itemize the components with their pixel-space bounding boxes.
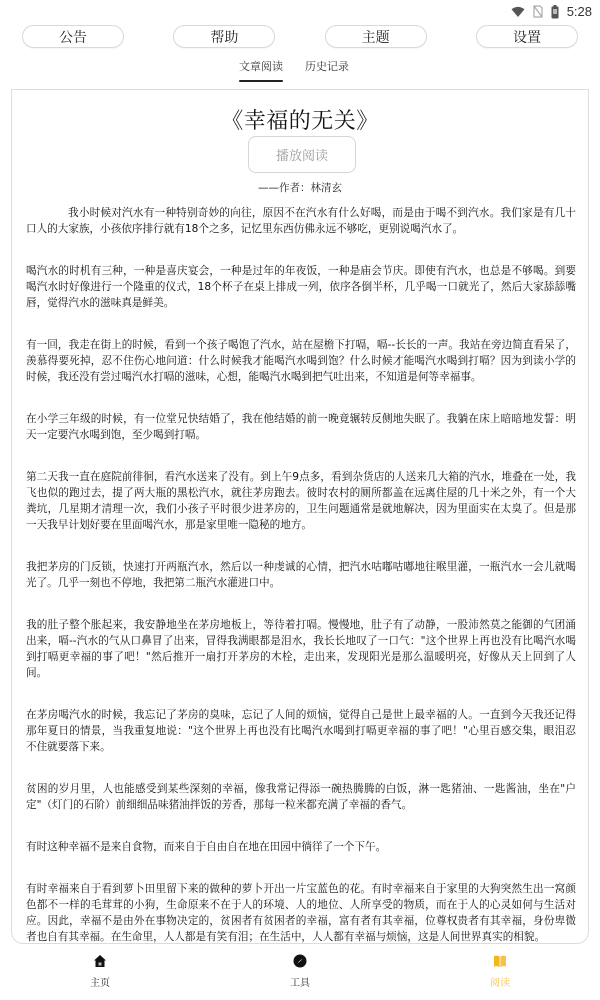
article-title: 《幸福的无关》: [12, 104, 588, 135]
announcement-button[interactable]: 公告: [22, 25, 124, 48]
article-paragraph: 我的肚子整个胀起来，我安静地坐在茅房地板上，等待着打嗝。慢慢地，肚子有了动静，一…: [26, 617, 576, 681]
nav-label-reading: 阅读: [490, 974, 510, 989]
status-bar: 5:28: [0, 0, 600, 24]
article-paragraph: 在小学三年级的时候，有一位堂兄快结婚了，我在他结婚的前一晚竟辗转反侧地失眠了。我…: [26, 411, 576, 443]
article-author: ——作者：林清玄: [12, 180, 588, 195]
bottom-nav: 主页 工具 阅读: [0, 952, 600, 1000]
nav-label-home: 主页: [90, 974, 110, 989]
battery-icon: [551, 5, 559, 19]
article-paragraph: 有时幸福来自于看到萝卜田里留下来的做种的萝卜开出一片宝蓝色的花。有时幸福来自于家…: [26, 881, 576, 944]
status-icons: 5:28: [511, 4, 592, 19]
tab-history[interactable]: 历史记录: [305, 58, 349, 84]
settings-button[interactable]: 设置: [476, 25, 578, 48]
article-paragraph: 在茅房喝汽水的时候，我忘记了茅房的臭味，忘记了人间的烦恼，觉得自己是世上最幸福的…: [26, 707, 576, 755]
help-button[interactable]: 帮助: [173, 25, 275, 48]
top-button-bar: 公告 帮助 主题 设置: [22, 25, 578, 48]
nav-label-tools: 工具: [290, 974, 310, 989]
article-paragraph: 有一回，我走在街上的时候，看到一个孩子喝饱了汽水，站在屋檐下打嗝，嗝--长长的一…: [26, 337, 576, 385]
article-paragraph: 有时这种幸福不是来自食物，而来自于自由自在地在田园中徜徉了一个下午。: [26, 839, 576, 855]
compass-icon: [293, 954, 307, 968]
no-sim-icon: [533, 5, 543, 18]
nav-item-reading[interactable]: 阅读: [400, 952, 600, 1000]
play-reading-button[interactable]: 播放阅读: [248, 136, 356, 173]
article-paragraph: 贫困的岁月里，人也能感受到某些深刻的幸福，像我常记得添一碗热腾腾的白饭，淋一匙猪…: [26, 781, 576, 813]
nav-item-tools[interactable]: 工具: [200, 952, 400, 1000]
nav-item-home[interactable]: 主页: [0, 952, 200, 1000]
article-body: 我小时候对汽水有一种特别奇妙的向往，原因不在汽水有什么好喝，而是由于喝不到汽水。…: [26, 205, 576, 944]
theme-button[interactable]: 主题: [325, 25, 427, 48]
article-paragraph: 喝汽水的时机有三种，一种是喜庆宴会，一种是过年的年夜饭，一种是庙会节庆。即使有汽…: [26, 263, 576, 311]
article-paragraph: 第二天我一直在庭院前徘徊，看汽水送来了没有。到上午9点多，看到杂货店的人送来几大…: [26, 469, 576, 533]
status-time: 5:28: [567, 4, 592, 19]
tab-article-reading[interactable]: 文章阅读: [239, 58, 283, 84]
home-icon: [93, 954, 107, 968]
article-paragraph: 我把茅房的门反锁，快速打开两瓶汽水，然后以一种虔诚的心情，把汽水咕嘟咕嘟地往喉里…: [26, 559, 576, 591]
wifi-icon: [511, 6, 525, 18]
tab-bar: 文章阅读 历史记录: [0, 58, 600, 84]
article-card: 《幸福的无关》 播放阅读 ——作者：林清玄 我小时候对汽水有一种特别奇妙的向往，…: [11, 89, 589, 944]
article-paragraph: 我小时候对汽水有一种特别奇妙的向往，原因不在汽水有什么好喝，而是由于喝不到汽水。…: [26, 205, 576, 237]
book-icon: [493, 954, 507, 968]
